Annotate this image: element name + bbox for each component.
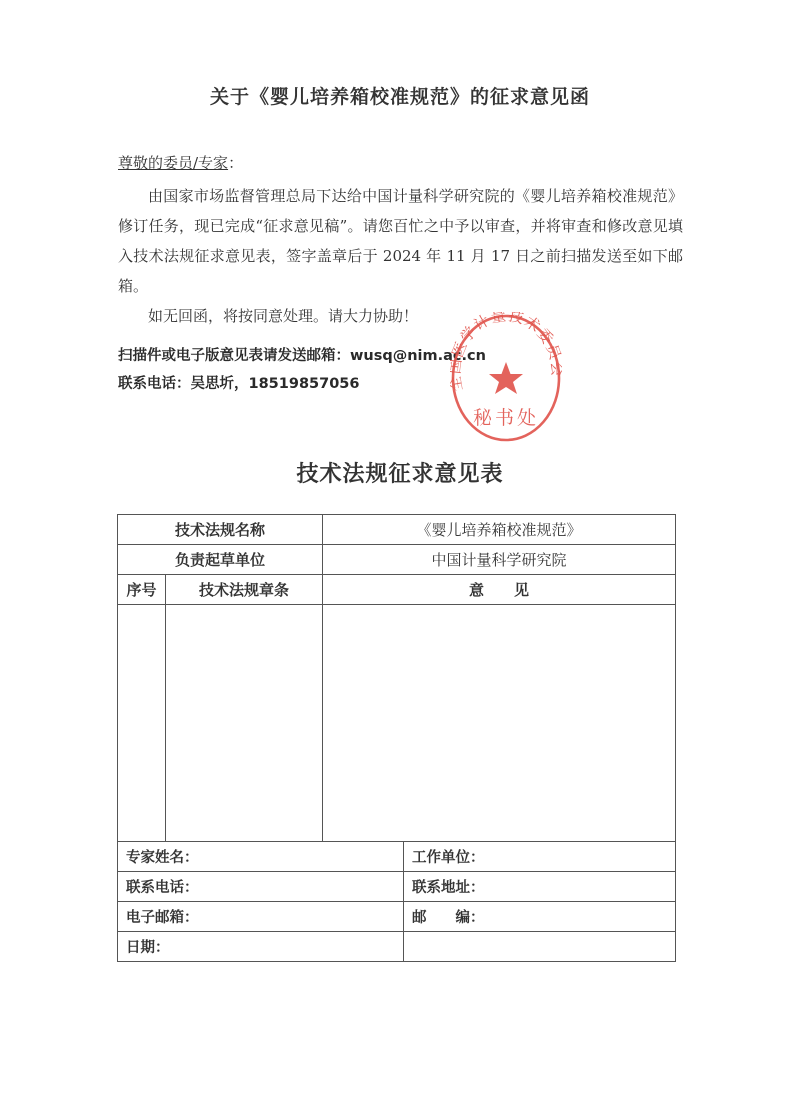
contact-phone-line: 联系电话：吴思圻，18519857056	[118, 372, 359, 393]
column-header-clause: 技术法规章条	[166, 575, 323, 605]
work-unit-field[interactable]: 工作单位：	[404, 842, 676, 872]
date-field[interactable]: 日期：	[118, 932, 404, 962]
letter-title: 关于《婴儿培养箱校准规范》的征求意见函	[0, 82, 800, 109]
column-header-seq: 序号	[118, 575, 166, 605]
form-title: 技术法规征求意见表	[0, 457, 800, 488]
star-icon	[489, 362, 523, 394]
svg-text:秘书处: 秘书处	[473, 407, 539, 429]
opinion-entry-row	[118, 605, 676, 842]
email-field[interactable]: 电子邮箱：	[118, 902, 404, 932]
body-paragraph-2: 如无回函，将按同意处理。请大力协助！	[118, 301, 683, 331]
empty-cell	[404, 932, 676, 962]
seq-entry-cell[interactable]	[118, 605, 166, 842]
letter-body: 由国家市场监督管理总局下达给中国计量科学研究院的《婴儿培养箱校准规范》修订任务，…	[118, 181, 683, 331]
salutation-colon: ：	[228, 154, 243, 172]
body-paragraph-1: 由国家市场监督管理总局下达给中国计量科学研究院的《婴儿培养箱校准规范》修订任务，…	[118, 181, 683, 301]
expert-info-row-3: 电子邮箱： 邮 编：	[118, 902, 676, 932]
drafting-unit-row: 负责起草单位 中国计量科学研究院	[118, 545, 676, 575]
email-label: 扫描件或电子版意见表请发送邮箱：	[118, 348, 350, 364]
seal-icon: 全国医学计量技术委员会 秘书处	[450, 312, 562, 444]
clause-entry-cell[interactable]	[166, 605, 323, 842]
regulation-name-row: 技术法规名称 《婴儿培养箱校准规范》	[118, 515, 676, 545]
column-header-row: 序号 技术法规章条 意 见	[118, 575, 676, 605]
regulation-name-value: 《婴儿培养箱校准规范》	[323, 515, 676, 545]
expert-name-field[interactable]: 专家姓名：	[118, 842, 404, 872]
expert-info-row-2: 联系电话： 联系地址：	[118, 872, 676, 902]
drafting-unit-value: 中国计量科学研究院	[323, 545, 676, 575]
expert-info-row-4: 日期：	[118, 932, 676, 962]
contact-email-line: 扫描件或电子版意见表请发送邮箱：wusq@nim.ac.cn	[118, 344, 486, 365]
salutation-text: 尊敬的委员/专家	[118, 154, 228, 172]
expert-info-row-1: 专家姓名： 工作单位：	[118, 842, 676, 872]
opinion-entry-cell[interactable]	[323, 605, 676, 842]
official-seal-stamp: 全国医学计量技术委员会 秘书处	[450, 312, 562, 444]
column-header-opinion: 意 见	[323, 575, 676, 605]
phone-field[interactable]: 联系电话：	[118, 872, 404, 902]
address-field[interactable]: 联系地址：	[404, 872, 676, 902]
salutation: 尊敬的委员/专家：	[118, 152, 243, 173]
opinion-form-table: 技术法规名称 《婴儿培养箱校准规范》 负责起草单位 中国计量科学研究院 序号 技…	[117, 514, 676, 962]
postcode-field[interactable]: 邮 编：	[404, 902, 676, 932]
phone-label: 联系电话：	[118, 376, 191, 392]
phone-value: 吴思圻，18519857056	[191, 376, 360, 392]
drafting-unit-label: 负责起草单位	[118, 545, 323, 575]
regulation-name-label: 技术法规名称	[118, 515, 323, 545]
document-page: 关于《婴儿培养箱校准规范》的征求意见函 尊敬的委员/专家： 由国家市场监督管理总…	[0, 0, 800, 1120]
